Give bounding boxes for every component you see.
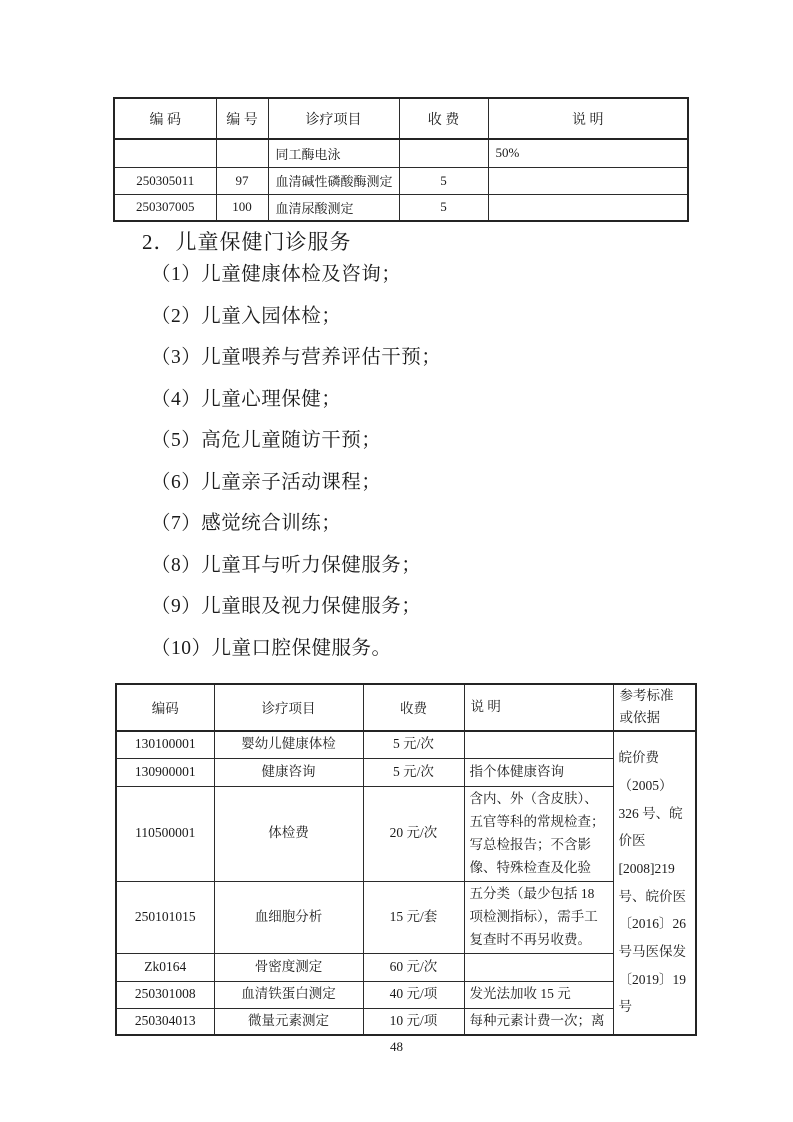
header-number: 编 号	[216, 98, 268, 139]
code-cell: 250101015	[116, 881, 214, 953]
number-cell: 97	[216, 167, 268, 194]
list-item: （4）儿童心理保健；	[151, 386, 441, 428]
table-row: 110500001 体检费 20 元/次 含内、外（含皮肤）、五官等科的常规检查…	[116, 787, 696, 882]
table-row: 130100001 婴幼儿健康体检 5 元/次 皖价费（2005）326 号、皖…	[116, 731, 696, 759]
item-cell: 婴幼儿健康体检	[214, 731, 363, 759]
header-note: 说 明	[488, 98, 688, 139]
page-number: 48	[0, 1039, 793, 1055]
note-cell	[488, 167, 688, 194]
code-cell: 250305011	[114, 167, 216, 194]
table-row: 250101015 血细胞分析 15 元/套 五分类（最少包括 18 项检测指标…	[116, 881, 696, 953]
number-cell: 100	[216, 194, 268, 221]
list-item: （6）儿童亲子活动课程；	[151, 469, 441, 511]
list-item: （8）儿童耳与听力保健服务；	[151, 552, 441, 594]
fee-cell: 40 元/项	[363, 981, 464, 1008]
note-cell: 五分类（最少包括 18 项检测指标），需手工复查时不再另收费。	[464, 881, 613, 953]
child-health-table-header-row: 编码 诊疗项目 收费 说 明 参考标准 或依据	[116, 684, 696, 731]
table-row: 250304013 微量元素测定 10 元/项 每种元素计费一次；离	[116, 1008, 696, 1034]
note-cell: 发光法加收 15 元	[464, 981, 613, 1008]
item-cell: 健康咨询	[214, 759, 363, 787]
table-row: 250305011 97 血清碱性磷酸酶测定 5	[114, 167, 688, 194]
fee-cell: 60 元/次	[363, 953, 464, 981]
lab-fee-table-header-row: 编 码 编 号 诊疗项目 收 费 说 明	[114, 98, 688, 139]
code-cell: 250301008	[116, 981, 214, 1008]
header-fee: 收 费	[399, 98, 488, 139]
header-code: 编 码	[114, 98, 216, 139]
fee-cell: 10 元/项	[363, 1008, 464, 1034]
list-item: （9）儿童眼及视力保健服务；	[151, 593, 441, 635]
table-row: Zk0164 骨密度测定 60 元/次	[116, 953, 696, 981]
header-item: 诊疗项目	[268, 98, 399, 139]
note-cell: 每种元素计费一次；离	[464, 1008, 613, 1034]
list-item: （3）儿童喂养与营养评估干预；	[151, 344, 441, 386]
fee-cell: 15 元/套	[363, 881, 464, 953]
note-cell: 含内、外（含皮肤）、五官等科的常规检查；写总检报告；不含影像、特殊检查及化验	[464, 787, 613, 882]
service-list: （1）儿童健康体检及咨询； （2）儿童入园体检； （3）儿童喂养与营养评估干预；…	[151, 261, 441, 676]
list-item: （1）儿童健康体检及咨询；	[151, 261, 441, 303]
fee-cell: 20 元/次	[363, 787, 464, 882]
item-cell: 血清尿酸测定	[268, 194, 399, 221]
note-cell	[488, 194, 688, 221]
code-cell	[114, 139, 216, 167]
item-cell: 血清碱性磷酸酶测定	[268, 167, 399, 194]
note-cell: 50%	[488, 139, 688, 167]
fee-cell	[399, 139, 488, 167]
code-cell: 130900001	[116, 759, 214, 787]
code-cell: 250307005	[114, 194, 216, 221]
item-cell: 体检费	[214, 787, 363, 882]
fee-cell: 5	[399, 194, 488, 221]
fee-cell: 5 元/次	[363, 731, 464, 759]
number-cell	[216, 139, 268, 167]
fee-cell: 5 元/次	[363, 759, 464, 787]
note-cell	[464, 731, 613, 759]
list-item: （7）感觉统合训练；	[151, 510, 441, 552]
document-page: 编 码 编 号 诊疗项目 收 费 说 明 同工酶电泳 50% 250305011…	[0, 0, 793, 1122]
table-row: 250307005 100 血清尿酸测定 5	[114, 194, 688, 221]
table-row: 130900001 健康咨询 5 元/次 指个体健康咨询	[116, 759, 696, 787]
header-reference: 参考标准 或依据	[613, 684, 696, 731]
list-item: （5）高危儿童随访干预；	[151, 427, 441, 469]
note-cell	[464, 953, 613, 981]
header-code: 编码	[116, 684, 214, 731]
item-cell: 微量元素测定	[214, 1008, 363, 1034]
item-cell: 血细胞分析	[214, 881, 363, 953]
header-item: 诊疗项目	[214, 684, 363, 731]
item-cell: 血清铁蛋白测定	[214, 981, 363, 1008]
list-item: （2）儿童入园体检；	[151, 303, 441, 345]
item-cell: 骨密度测定	[214, 953, 363, 981]
section-heading: 2．儿童保健门诊服务	[142, 226, 352, 256]
code-cell: 250304013	[116, 1008, 214, 1034]
reference-cell: 皖价费（2005）326 号、皖价医[2008]219 号、皖价医〔2016〕2…	[613, 731, 696, 1035]
header-fee: 收费	[363, 684, 464, 731]
table-row: 250301008 血清铁蛋白测定 40 元/项 发光法加收 15 元	[116, 981, 696, 1008]
code-cell: 130100001	[116, 731, 214, 759]
fee-cell: 5	[399, 167, 488, 194]
header-note: 说 明	[464, 684, 613, 731]
code-cell: 110500001	[116, 787, 214, 882]
note-cell: 指个体健康咨询	[464, 759, 613, 787]
list-item: （10）儿童口腔保健服务。	[151, 635, 441, 677]
item-cell: 同工酶电泳	[268, 139, 399, 167]
child-health-fee-table: 编码 诊疗项目 收费 说 明 参考标准 或依据 130100001 婴幼儿健康体…	[115, 683, 697, 1036]
lab-fee-table: 编 码 编 号 诊疗项目 收 费 说 明 同工酶电泳 50% 250305011…	[113, 97, 689, 222]
code-cell: Zk0164	[116, 953, 214, 981]
table-row: 同工酶电泳 50%	[114, 139, 688, 167]
